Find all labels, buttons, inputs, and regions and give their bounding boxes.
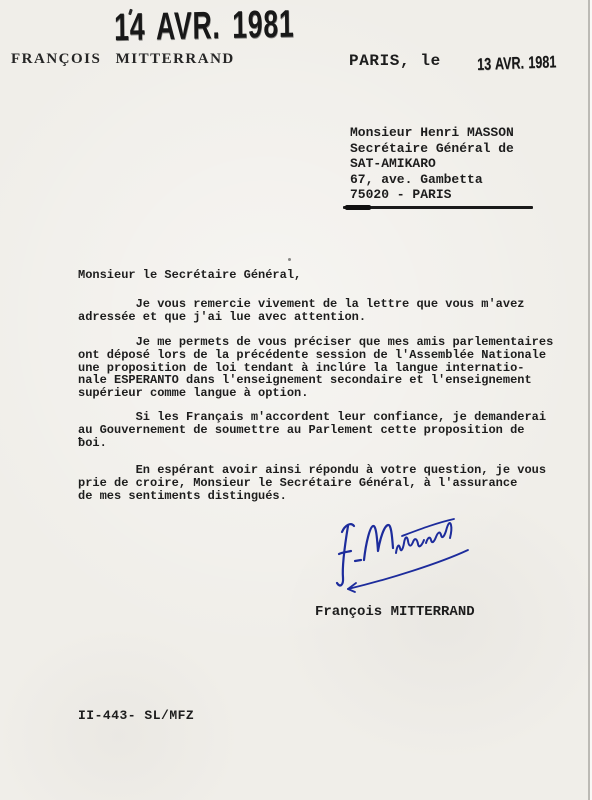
- recipient-address-block: Monsieur Henri MASSON Secrétaire Général…: [350, 125, 514, 203]
- body-paragraph-2: Je me permets de vous préciser que mes a…: [78, 336, 553, 400]
- paper-edge-line: [588, 0, 590, 800]
- handwritten-signature-image: [328, 516, 478, 601]
- typed-date-stamp: 13 AVR. 1981: [477, 53, 556, 73]
- address-underline: [343, 206, 533, 209]
- typed-signature-name: François MITTERRAND: [315, 604, 475, 620]
- place-date-line: PARIS, le: [349, 52, 441, 70]
- received-date-stamp: 14 AVR. 1981: [114, 4, 295, 46]
- letterhead-sender-name: FRANÇOIS MITTERRAND: [11, 51, 235, 68]
- body-paragraph-1: Je vous remercie vivement de la lettre q…: [78, 298, 524, 324]
- body-paragraph-3: Si les Français m'accordent leur confian…: [78, 411, 546, 449]
- paper-speck: [288, 258, 291, 261]
- letter-page: 14 AVR. 1981 FRANÇOIS MITTERRAND PARIS, …: [0, 0, 592, 800]
- salutation-line: Monsieur le Secrétaire Général,: [78, 269, 301, 282]
- reference-number: II-443- SL/MFZ: [78, 708, 194, 723]
- body-paragraph-4: En espérant avoir ainsi répondu à votre …: [78, 464, 546, 502]
